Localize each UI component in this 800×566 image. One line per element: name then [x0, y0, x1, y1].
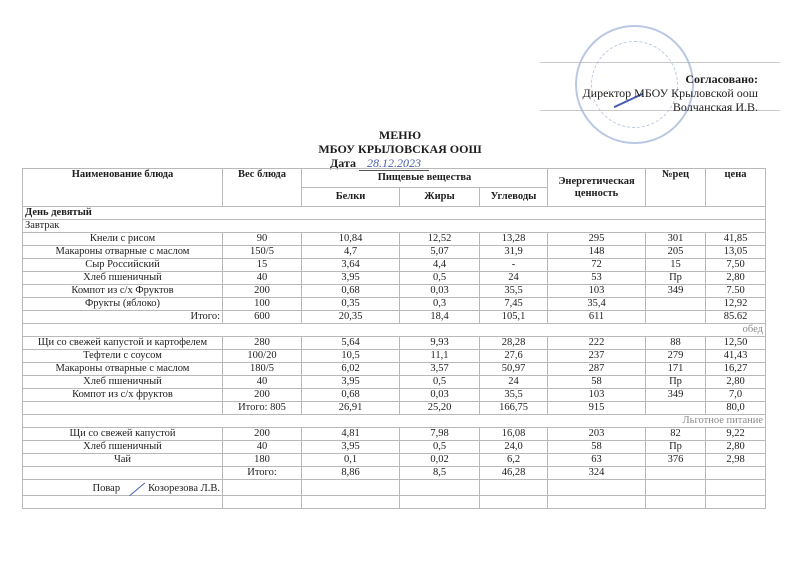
cell-price: 80,0 [706, 402, 766, 415]
cell-dish-name: Компот из с/х Фруктов [23, 285, 223, 298]
table-row: Кнели с рисом9010,8412,5213,2829530141,8… [23, 233, 766, 246]
cell-recipe: 301 [646, 233, 706, 246]
cell-energy: 287 [548, 363, 646, 376]
cell-recipe [646, 298, 706, 311]
col-nutrients: Пищевые вещества [302, 169, 548, 188]
cell-recipe: Пр [646, 441, 706, 454]
cell-weight: 200 [223, 428, 302, 441]
col-protein: Белки [302, 188, 400, 207]
approval-position: Директор МБОУ Крыловской оош [582, 86, 758, 100]
table-row: Тефтели с соусом100/2010,511,127,6237279… [23, 350, 766, 363]
cell-recipe: 279 [646, 350, 706, 363]
cell-carbs: 31,9 [480, 246, 548, 259]
empty-cell [223, 480, 302, 496]
empty-cell [706, 496, 766, 509]
empty-cell [706, 480, 766, 496]
menu-table: Наименование блюда Вес блюда Пищевые вещ… [22, 168, 766, 509]
table-row: Итого:60020,3518,4105,161185.62 [23, 311, 766, 324]
cell-weight: 180/5 [223, 363, 302, 376]
empty-cell [400, 496, 480, 509]
cell-dish-name: Хлеб пшеничный [23, 441, 223, 454]
cell-protein: 3,64 [302, 259, 400, 272]
table-row: Хлеб пшеничный403,950,52458Пр2,80 [23, 376, 766, 389]
cell-recipe [646, 402, 706, 415]
cell-recipe: 82 [646, 428, 706, 441]
cell-energy: 63 [548, 454, 646, 467]
cell-energy: 222 [548, 337, 646, 350]
cell-carbs: 24,0 [480, 441, 548, 454]
cell-dish-name: Щи со свежей капустой и картофелем [23, 337, 223, 350]
empty-cell [646, 496, 706, 509]
cell-dish-name: Тефтели с соусом [23, 350, 223, 363]
cell-price: 16,27 [706, 363, 766, 376]
cell-weight: 600 [223, 311, 302, 324]
cell-fat: 5,07 [400, 246, 480, 259]
cell-weight: 15 [223, 259, 302, 272]
cell-energy: 148 [548, 246, 646, 259]
table-row: Макароны отварные с маслом150/54,75,0731… [23, 246, 766, 259]
cell-recipe: Пр [646, 272, 706, 285]
cell-fat: 0,5 [400, 441, 480, 454]
cell-protein: 0,68 [302, 389, 400, 402]
cell-price: 7,50 [706, 259, 766, 272]
school-name: МБОУ КРЫЛОВСКАЯ ООШ [0, 142, 800, 157]
cell-dish-name [23, 402, 223, 415]
cell-protein: 3,95 [302, 441, 400, 454]
table-row: Щи со свежей капустой2004,817,9816,08203… [23, 428, 766, 441]
cell-fat: 12,52 [400, 233, 480, 246]
col-weight: Вес блюда [223, 169, 302, 207]
approval-name: Волчанская И.В. [582, 100, 758, 114]
table-row: Хлеб пшеничный403,950,524,058Пр2,80 [23, 441, 766, 454]
cell-energy: 35,4 [548, 298, 646, 311]
cell-carbs: 50,97 [480, 363, 548, 376]
cell-energy: 611 [548, 311, 646, 324]
cell-carbs: 35,5 [480, 285, 548, 298]
cell-price: 2,80 [706, 441, 766, 454]
empty-cell [548, 496, 646, 509]
cell-price: 7,0 [706, 389, 766, 402]
cell-energy: 58 [548, 376, 646, 389]
cell-dish-name: Хлеб пшеничный [23, 272, 223, 285]
lunch-label: обед [23, 324, 766, 337]
cell-protein: 4,81 [302, 428, 400, 441]
cell-weight: 200 [223, 285, 302, 298]
cell-recipe: 205 [646, 246, 706, 259]
cell-weight: 100/20 [223, 350, 302, 363]
cell-dish-name: Макароны отварные с маслом [23, 363, 223, 376]
cell-protein: 10,84 [302, 233, 400, 246]
cell-fat: 8,5 [400, 467, 480, 480]
empty-cell [400, 480, 480, 496]
cell-energy: 53 [548, 272, 646, 285]
cell-recipe: 376 [646, 454, 706, 467]
table-row: Компот из с/х фруктов2000,680,0335,51033… [23, 389, 766, 402]
cell-protein: 5,64 [302, 337, 400, 350]
empty-cell [302, 480, 400, 496]
cell-weight: 40 [223, 376, 302, 389]
cell-weight: 200 [223, 389, 302, 402]
cell-price: 2,80 [706, 376, 766, 389]
cell-dish-name: Макароны отварные с маслом [23, 246, 223, 259]
cell-protein: 8,86 [302, 467, 400, 480]
benefit-label: Льготное питание [23, 415, 766, 428]
cell-energy: 103 [548, 285, 646, 298]
cell-carbs: 7,45 [480, 298, 548, 311]
cell-carbs: 28,28 [480, 337, 548, 350]
cell-energy: 324 [548, 467, 646, 480]
cell-protein: 10,5 [302, 350, 400, 363]
cell-recipe [646, 311, 706, 324]
cell-fat: 0,03 [400, 285, 480, 298]
cell-dish-name: Хлеб пшеничный [23, 376, 223, 389]
cell-protein: 20,35 [302, 311, 400, 324]
cell-carbs: 24 [480, 376, 548, 389]
cell-dish-name: Компот из с/х фруктов [23, 389, 223, 402]
cell-fat: 7,98 [400, 428, 480, 441]
cell-weight: 40 [223, 441, 302, 454]
cell-weight: 180 [223, 454, 302, 467]
cell-weight: 90 [223, 233, 302, 246]
table-row: Сыр Российский153,644,4-72157,50 [23, 259, 766, 272]
cell-fat: 9,93 [400, 337, 480, 350]
cell-price: 85.62 [706, 311, 766, 324]
cell-weight: Итого: [223, 467, 302, 480]
cell-recipe: 171 [646, 363, 706, 376]
cell-protein: 3,95 [302, 376, 400, 389]
table-row: Итого: 80526,9125,20166,7591580,0 [23, 402, 766, 415]
cell-carbs: 6,2 [480, 454, 548, 467]
cell-energy: 58 [548, 441, 646, 454]
cell-price: 13,05 [706, 246, 766, 259]
approval-label: Согласовано: [582, 72, 758, 86]
cell-dish-name: Итого: [23, 311, 223, 324]
cell-carbs: - [480, 259, 548, 272]
cell-energy: 915 [548, 402, 646, 415]
cell-carbs: 13,28 [480, 233, 548, 246]
cell-carbs: 105,1 [480, 311, 548, 324]
cell-fat: 18,4 [400, 311, 480, 324]
cell-fat: 0,3 [400, 298, 480, 311]
cell-fat: 0,03 [400, 389, 480, 402]
cell-price: 41,43 [706, 350, 766, 363]
cell-price: 7.50 [706, 285, 766, 298]
cell-weight: Итого: 805 [223, 402, 302, 415]
cell-weight: 100 [223, 298, 302, 311]
col-price: цена [706, 169, 766, 207]
cell-fat: 25,20 [400, 402, 480, 415]
cell-fat: 0,02 [400, 454, 480, 467]
cell-dish-name: Фрукты (яблоко) [23, 298, 223, 311]
table-row: Макароны отварные с маслом180/56,023,575… [23, 363, 766, 376]
cell-protein: 3,95 [302, 272, 400, 285]
cell-price: 2,80 [706, 272, 766, 285]
col-recipe: №рец [646, 169, 706, 207]
cell-price: 12,92 [706, 298, 766, 311]
cell-protein: 6,02 [302, 363, 400, 376]
empty-cell [646, 480, 706, 496]
cell-price [706, 467, 766, 480]
cell-price: 12,50 [706, 337, 766, 350]
cell-recipe: Пр [646, 376, 706, 389]
cell-dish-name: Щи со свежей капустой [23, 428, 223, 441]
cell-fat: 4,4 [400, 259, 480, 272]
empty-cell [23, 496, 223, 509]
cell-protein: 0,35 [302, 298, 400, 311]
cell-weight: 40 [223, 272, 302, 285]
empty-cell [223, 496, 302, 509]
cell-fat: 3,57 [400, 363, 480, 376]
cell-energy: 237 [548, 350, 646, 363]
cell-dish-name: Чай [23, 454, 223, 467]
cell-weight: 280 [223, 337, 302, 350]
cell-protein: 0,1 [302, 454, 400, 467]
cell-energy: 103 [548, 389, 646, 402]
cell-protein: 0,68 [302, 285, 400, 298]
cell-carbs: 24 [480, 272, 548, 285]
cell-carbs: 166,75 [480, 402, 548, 415]
cell-carbs: 27,6 [480, 350, 548, 363]
cell-protein: 26,91 [302, 402, 400, 415]
cell-recipe: 88 [646, 337, 706, 350]
cell-recipe: 349 [646, 389, 706, 402]
table-row: Чай1800,10,026,2633762,98 [23, 454, 766, 467]
approval-block: Согласовано: Директор МБОУ Крыловской оо… [582, 72, 758, 114]
empty-cell [302, 496, 400, 509]
cell-energy: 295 [548, 233, 646, 246]
cell-dish-name: Кнели с рисом [23, 233, 223, 246]
cook-signature: ПоварКозорезова Л.В. [23, 480, 223, 496]
col-name: Наименование блюда [23, 169, 223, 207]
cell-energy: 203 [548, 428, 646, 441]
cell-price: 41,85 [706, 233, 766, 246]
cell-carbs: 46,28 [480, 467, 548, 480]
cook-name: Козорезова Л.В. [148, 483, 220, 494]
empty-cell [480, 480, 548, 496]
table-row: Щи со свежей капустой и картофелем2805,6… [23, 337, 766, 350]
table-row: Компот из с/х Фруктов2000,680,0335,51033… [23, 285, 766, 298]
cell-dish-name: Сыр Российский [23, 259, 223, 272]
breakfast-label: Завтрак [23, 220, 766, 233]
table-row: Фрукты (яблоко)1000,350,37,4535,412,92 [23, 298, 766, 311]
col-carbs: Углеводы [480, 188, 548, 207]
cell-recipe: 349 [646, 285, 706, 298]
cell-recipe: 15 [646, 259, 706, 272]
cell-weight: 150/5 [223, 246, 302, 259]
menu-title: МЕНЮ [0, 128, 800, 143]
cook-label: Повар [93, 483, 121, 494]
cell-price: 2,98 [706, 454, 766, 467]
cell-fat: 11,1 [400, 350, 480, 363]
cell-carbs: 16,08 [480, 428, 548, 441]
cell-fat: 0,5 [400, 272, 480, 285]
cell-carbs: 35,5 [480, 389, 548, 402]
col-fat: Жиры [400, 188, 480, 207]
cell-protein: 4,7 [302, 246, 400, 259]
table-row: Хлеб пшеничный403,950,52453Пр2,80 [23, 272, 766, 285]
cell-fat: 0,5 [400, 376, 480, 389]
empty-cell [548, 480, 646, 496]
col-energy: Энергетическая ценность [548, 169, 646, 207]
cell-price: 9,22 [706, 428, 766, 441]
empty-cell [480, 496, 548, 509]
cell-energy: 72 [548, 259, 646, 272]
day-label: День девятый [23, 207, 766, 220]
cell-recipe [646, 467, 706, 480]
cell-dish-name [23, 467, 223, 480]
